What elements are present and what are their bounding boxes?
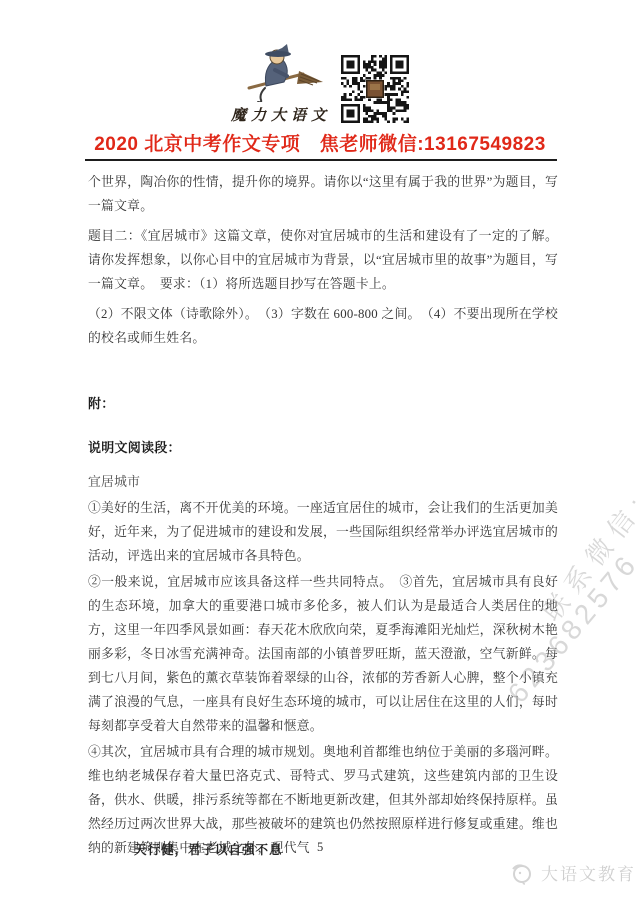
page-title: 2020 北京中考作文专项 焦老师微信:13167549823 [0,129,640,156]
section-label: 说明文阅读段： [88,436,558,460]
article-title: 宜居城市 [88,470,558,494]
article-paragraph-2: ②一般来说，宜居城市应该具备这样一些共同特点。 ③首先，宜居城市具有良好的生态环… [88,570,558,738]
page-number: 5 [317,840,323,855]
brand-watermark: 大语文教育 [509,860,636,885]
brand-watermark-text: 大语文教育 [541,860,636,885]
qr-code [341,55,409,123]
header-divider [85,159,557,161]
paragraph-requirements: （2）不限文体（诗歌除外）。 （3）字数在 600-800 之间。 （4）不要出… [88,302,558,350]
paragraph-topic2: 题目二：《宜居城市》这篇文章，使你对宜居城市的生活和建设有了一定的了解。请你发挥… [88,224,558,296]
article-paragraph-1: ①美好的生活，离不开优美的环境。一座适宜居住的城市，会让我们的生活更加美好，近年… [88,496,558,568]
brand-logo-text: 魔力大语文 [231,104,331,125]
document-body: 个世界，陶冶你的性情，提升你的境界。请你以“这里有属于我的世界”为题目，写一篇文… [88,170,558,862]
footer-motto: 天行健，君子以自强不息 [134,840,283,858]
paragraph-continuation: 个世界，陶冶你的性情，提升你的境界。请你以“这里有属于我的世界”为题目，写一篇文… [88,170,558,218]
qr-code-icon [341,55,409,123]
witch-on-broom-icon [235,44,327,102]
document-page: 魔力大语文 [0,0,640,906]
mascot-head-outline-icon [509,861,535,885]
header-logo-row: 魔力大语文 [0,44,640,125]
attachment-label: 附： [88,392,558,416]
brand-logo: 魔力大语文 [231,44,331,125]
